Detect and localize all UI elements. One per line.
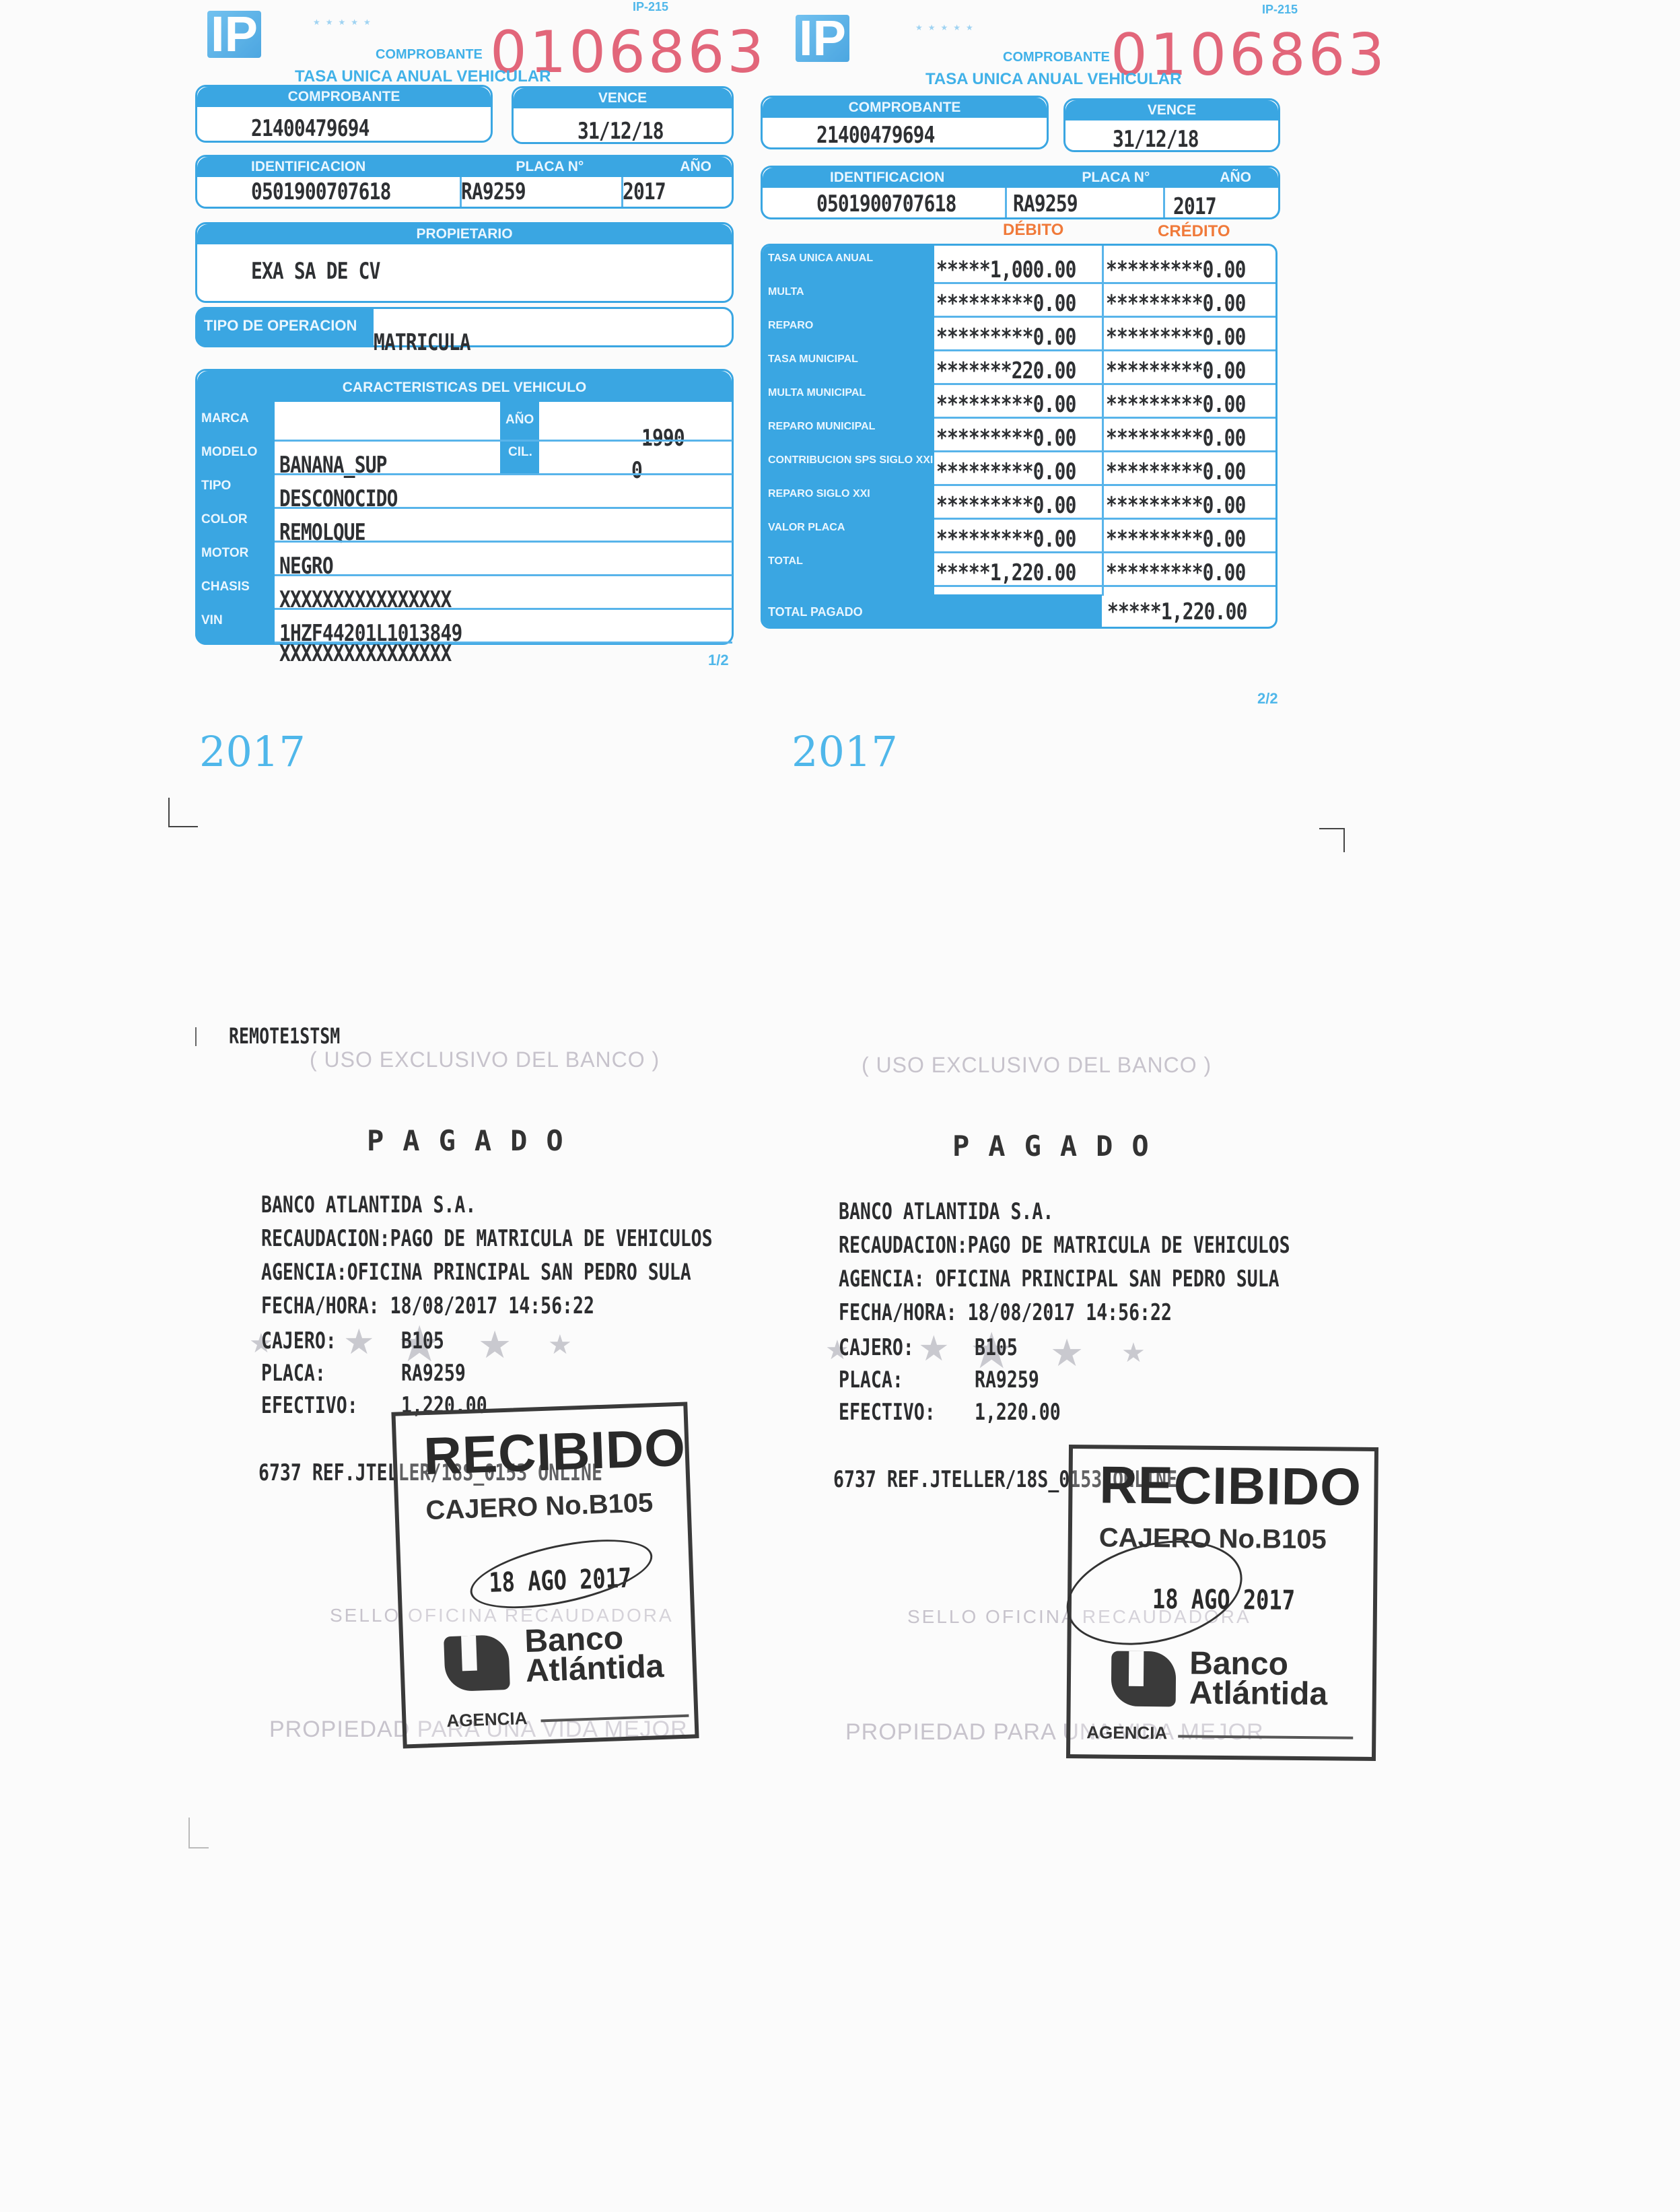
charge-label: REPARO — [768, 320, 813, 332]
year-watermark-left: 2017 — [199, 727, 306, 776]
charge-debito: *********0.00 — [936, 425, 1076, 452]
comprobante-value: 21400479694 — [251, 115, 370, 142]
form-code: IP-215 — [1262, 3, 1298, 17]
total-pagado-value: *****1,220.00 — [1107, 598, 1247, 625]
charge-label: REPARO SIGLO XXI — [768, 488, 870, 500]
cajero-value: B105 — [975, 1334, 1018, 1361]
ano-label: AÑO — [680, 157, 711, 177]
stamp-agencia: AGENCIA — [446, 1708, 528, 1731]
credito-label: CRÉDITO — [1158, 222, 1230, 241]
ano-value: 2017 — [623, 178, 666, 205]
vehicle-field-label: MARCA — [201, 411, 249, 426]
placa-label: PLACA N° — [516, 157, 584, 177]
vehicle-last-line: XXXXXXXXXXXXXXXX — [279, 640, 451, 667]
star-icon: ★ — [343, 1325, 375, 1360]
stamp-bank-line2: Atlántida — [525, 1652, 664, 1686]
receipt-line: BANCO ATLANTIDA S.A. — [261, 1191, 476, 1218]
cil-label: CIL. — [508, 445, 532, 460]
recibido-stamp: RECIBIDO CAJERO No.B105 18 AGO 2017 Banc… — [1066, 1445, 1378, 1761]
stamp-bank-line2: Atlántida — [1189, 1679, 1328, 1710]
vehicle-field-label: CHASIS — [201, 580, 250, 594]
charge-credito: *********0.00 — [1106, 458, 1246, 485]
comprobante-box: COMPROBANTE 21400479694 — [761, 96, 1049, 149]
ip-logo-icon: IP — [207, 11, 261, 58]
charge-label: REPARO MUNICIPAL — [768, 421, 875, 433]
charge-label: TASA UNICA ANUAL — [768, 252, 873, 265]
identificacion-label: IDENTIFICACION — [251, 157, 365, 177]
charge-credito: *********0.00 — [1106, 357, 1246, 384]
identificacion-box: IDENTIFICACION PLACA N° AÑO 050190070761… — [195, 155, 734, 209]
stamp-agencia: AGENCIA — [1086, 1722, 1167, 1743]
anio-label: AÑO — [505, 413, 534, 427]
tipo-operacion-box: TIPO DE OPERACION MATRICULA — [195, 307, 734, 347]
caracteristicas-label: CARACTERISTICAS DEL VEHICULO — [197, 371, 732, 402]
voucher-left: IP ★★★★★ IP-215 COMPROBANTE 0106863 TASA… — [195, 5, 734, 652]
star-icon: ★ — [918, 1332, 950, 1367]
efectivo-value: 1,220.00 — [975, 1399, 1061, 1426]
charge-credito: *********0.00 — [1106, 290, 1246, 317]
ano-value: 2017 — [1173, 193, 1216, 220]
cajero-label: CAJERO: — [839, 1334, 914, 1361]
ip-logo-icon: IP — [796, 15, 849, 62]
total-pagado-label: TOTAL PAGADO — [768, 605, 863, 619]
star-icon: ★ — [1121, 1340, 1146, 1367]
charge-label: MULTA MUNICIPAL — [768, 387, 866, 399]
cajero-label: CAJERO: — [261, 1327, 337, 1354]
receipt-right: ( USO EXCLUSIVO DEL BANCO ) PAGADO BANCO… — [808, 1030, 1346, 1770]
placa-label: PLACA N° — [1082, 168, 1150, 188]
stamp-cajero: CAJERO No.B105 — [425, 1488, 654, 1526]
comprobante-caption: COMPROBANTE — [376, 47, 483, 63]
charge-label: VALOR PLACA — [768, 522, 845, 534]
placa-value: RA9259 — [401, 1360, 466, 1387]
status-pagado: PAGADO — [367, 1124, 582, 1157]
identificacion-header: IDENTIFICACION PLACA N° AÑO — [197, 157, 732, 177]
receipt-line: FECHA/HORA: 18/08/2017 14:56:22 — [839, 1299, 1172, 1326]
vence-value: 31/12/18 — [1113, 126, 1199, 153]
identificacion-value: 0501900707618 — [251, 178, 391, 205]
charge-debito: *********0.00 — [936, 526, 1076, 553]
stamp-title: RECIBIDO — [423, 1417, 687, 1488]
vence-value: 31/12/18 — [577, 118, 664, 145]
vence-box: VENCE 31/12/18 — [512, 86, 734, 144]
caracteristicas-box: CARACTERISTICAS DEL VEHICULO AÑO CIL. 19… — [195, 369, 734, 645]
charge-label: TOTAL — [768, 555, 803, 567]
charge-debito: *****1,000.00 — [936, 256, 1076, 283]
voucher-title: TASA UNICA ANUAL VEHICULAR — [925, 70, 1181, 89]
stamp-title: RECIBIDO — [1099, 1454, 1362, 1517]
receipt-line: AGENCIA: OFICINA PRINCIPAL SAN PEDRO SUL… — [839, 1266, 1280, 1292]
recibido-stamp: RECIBIDO CAJERO No.B105 18 AGO 2017 Banc… — [391, 1402, 699, 1748]
debito-label: DÉBITO — [1003, 221, 1063, 240]
efectivo-label: EFECTIVO: — [839, 1399, 936, 1426]
year-watermark-right: 2017 — [792, 727, 898, 776]
vence-box: VENCE 31/12/18 — [1063, 98, 1280, 152]
placa-value: RA9259 — [975, 1367, 1039, 1393]
placa-label: PLACA: — [261, 1360, 326, 1387]
banco-atlantida-logo-icon — [444, 1634, 510, 1692]
receipt-line: FECHA/HORA: 18/08/2017 14:56:22 — [261, 1292, 594, 1319]
banco-atlantida-logo-icon — [1111, 1651, 1177, 1707]
tipo-operacion-label: TIPO DE OPERACION — [204, 317, 357, 335]
vehicle-field-label: MOTOR — [201, 546, 248, 561]
receipt-line: RECAUDACION:PAGO DE MATRICULA DE VEHICUL… — [261, 1225, 713, 1252]
vehicle-field-label: MODELO — [201, 445, 257, 460]
receipt-line: AGENCIA:OFICINA PRINCIPAL SAN PEDRO SULA — [261, 1259, 691, 1286]
charge-debito: *****1,220.00 — [936, 559, 1076, 586]
identificacion-header: IDENTIFICACION PLACA N° AÑO — [763, 168, 1278, 188]
star-icon: ★ — [548, 1332, 572, 1358]
placa-label: PLACA: — [839, 1367, 903, 1393]
status-pagado: PAGADO — [952, 1130, 1168, 1163]
cil-value: 0 — [631, 457, 642, 484]
charges-table: TASA UNICA ANUAL*****1,000.00*********0.… — [761, 244, 1277, 629]
voucher-title: TASA UNICA ANUAL VEHICULAR — [295, 67, 551, 86]
charge-credito: *********0.00 — [1106, 559, 1246, 586]
star-icon: ★ — [478, 1326, 512, 1364]
charge-debito: *********0.00 — [936, 290, 1076, 317]
terminal-id: REMOTE1STSM — [229, 1023, 340, 1049]
comprobante-label: COMPROBANTE — [763, 98, 1047, 118]
charge-debito: *********0.00 — [936, 391, 1076, 418]
vence-label: VENCE — [514, 88, 732, 108]
uso-exclusivo-caption: ( USO EXCLUSIVO DEL BANCO ) — [862, 1053, 1212, 1078]
vence-label: VENCE — [1065, 100, 1278, 120]
vehicle-field-label: TIPO — [201, 479, 231, 493]
cajero-value: B105 — [401, 1327, 444, 1354]
receipt-line: RECAUDACION:PAGO DE MATRICULA DE VEHICUL… — [839, 1232, 1290, 1259]
placa-value: RA9259 — [1013, 191, 1078, 217]
star-icon: ★ — [1050, 1334, 1084, 1372]
comprobante-value: 21400479694 — [816, 122, 935, 149]
tipo-operacion-value: MATRICULA — [374, 329, 470, 356]
comprobante-caption: COMPROBANTE — [1003, 50, 1110, 65]
comprobante-box: COMPROBANTE 21400479694 — [195, 85, 493, 143]
vehicle-field-label: COLOR — [201, 512, 248, 527]
propietario-label: PROPIETARIO — [197, 224, 732, 244]
receipt-left: REMOTE1STSM ( USO EXCLUSIVO DEL BANCO ) … — [195, 1023, 774, 1764]
vehicle-field-label: VIN — [201, 613, 223, 628]
voucher-right: IP ★★★★★ IP-215 COMPROBANTE 0106863 TASA… — [761, 7, 1299, 680]
anio-value: 1990 — [641, 425, 685, 452]
charge-credito: *********0.00 — [1106, 492, 1246, 519]
ano-label: AÑO — [1220, 168, 1251, 188]
charge-label: CONTRIBUCION SPS SIGLO XXI — [768, 454, 933, 466]
stars-decoration-icon: ★★★★★ — [915, 23, 979, 32]
comprobante-label: COMPROBANTE — [197, 87, 491, 107]
placa-value: RA9259 — [461, 178, 526, 205]
uso-exclusivo-caption: ( USO EXCLUSIVO DEL BANCO ) — [310, 1047, 660, 1072]
charge-debito: *********0.00 — [936, 458, 1076, 485]
charge-credito: *********0.00 — [1106, 391, 1246, 418]
propietario-value: EXA SA DE CV — [251, 258, 380, 285]
charge-label: MULTA — [768, 286, 804, 298]
charge-debito: *******220.00 — [936, 357, 1076, 384]
charge-credito: *********0.00 — [1106, 425, 1246, 452]
charge-debito: *********0.00 — [936, 492, 1076, 519]
stars-decoration-icon: ★★★★★ — [313, 18, 376, 27]
identificacion-box: IDENTIFICACION PLACA N° AÑO 050190070761… — [761, 166, 1280, 219]
page-indicator: 2/2 — [1257, 690, 1278, 707]
efectivo-label: EFECTIVO: — [261, 1392, 358, 1419]
page-indicator: 1/2 — [708, 652, 729, 669]
charge-label: TASA MUNICIPAL — [768, 353, 858, 366]
signature-icon — [464, 1526, 658, 1622]
propietario-box: PROPIETARIO EXA SA DE CV — [195, 222, 734, 303]
charge-credito: *********0.00 — [1106, 324, 1246, 351]
receipt-line: BANCO ATLANTIDA S.A. — [839, 1198, 1053, 1225]
identificacion-label: IDENTIFICACION — [830, 168, 944, 188]
charge-debito: *********0.00 — [936, 324, 1076, 351]
charge-credito: *********0.00 — [1106, 256, 1246, 283]
charge-credito: *********0.00 — [1106, 526, 1246, 553]
identificacion-value: 0501900707618 — [816, 191, 956, 217]
form-code: IP-215 — [633, 0, 668, 14]
